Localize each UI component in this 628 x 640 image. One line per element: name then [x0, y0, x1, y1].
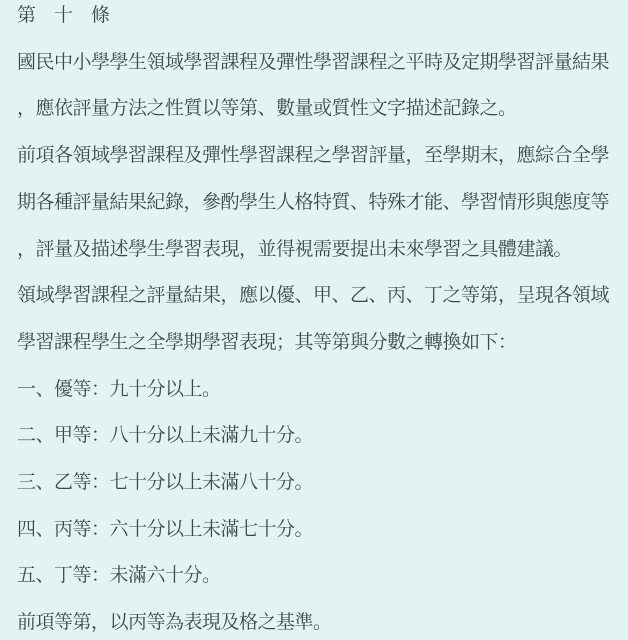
text-line: 前項等第，以丙等為表現及格之基準。: [17, 600, 628, 640]
text-line: 四、丙等：六十分以上未滿七十分。: [17, 507, 628, 554]
text-line: 期各種評量結果紀錄，參酌學生人格特質、特殊才能、學習情形與態度等: [17, 180, 628, 227]
text-line: ，評量及描述學生學習表現，並得視需要提出未來學習之具體建議。: [17, 227, 628, 274]
text-line: 領域學習課程之評量結果，應以優、甲、乙、丙、丁之等第，呈現各領域: [17, 273, 628, 320]
text-line: ，應依評量方法之性質以等第、數量或質性文字描述記錄之。: [17, 86, 628, 133]
document-page: 第 十 條 國民中小學學生領域學習課程及彈性學習課程之平時及定期學習評量結果，應…: [0, 0, 628, 640]
text-line: 學習課程學生之全學期學習表現；其等第與分數之轉換如下：: [17, 320, 628, 367]
article-number-heading: 第 十 條: [17, 0, 628, 40]
text-line: 五、丁等：未滿六十分。: [17, 553, 628, 600]
text-line: 國民中小學學生領域學習課程及彈性學習課程之平時及定期學習評量結果: [17, 40, 628, 87]
article-text-block: 第 十 條 國民中小學學生領域學習課程及彈性學習課程之平時及定期學習評量結果，應…: [17, 0, 628, 640]
text-line: 一、優等：九十分以上。: [17, 367, 628, 414]
text-line: 三、乙等：七十分以上未滿八十分。: [17, 460, 628, 507]
text-line: 前項各領域學習課程及彈性學習課程之學習評量，至學期末，應綜合全學: [17, 133, 628, 180]
document-lines: 國民中小學學生領域學習課程及彈性學習課程之平時及定期學習評量結果，應依評量方法之…: [17, 40, 628, 640]
text-line: 二、甲等：八十分以上未滿九十分。: [17, 413, 628, 460]
